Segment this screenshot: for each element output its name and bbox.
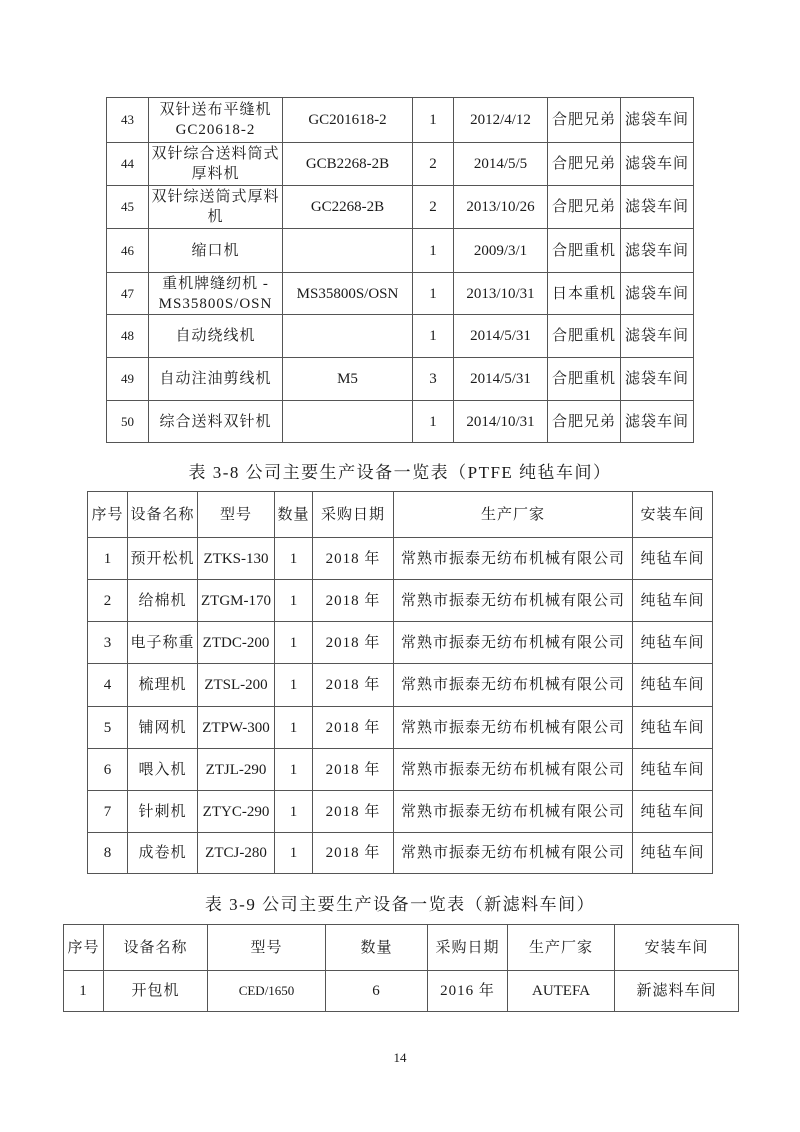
cell-no: 1 (88, 538, 128, 580)
cell-model: GC201618-2 (283, 98, 413, 143)
cell-model: ZTYC-290 (198, 791, 275, 833)
table-row: 1 开包机 CED/1650 6 2016 年 AUTEFA 新滤料车间 (64, 971, 739, 1012)
table-header-row: 序号 设备名称 型号 数量 数量 采购日期 生产厂家 安装车间 (64, 925, 739, 971)
cell-qty: 1 (275, 791, 313, 833)
cell-workshop: 纯毡车间 (633, 833, 713, 874)
header-name: 设备名称 (128, 492, 198, 538)
cell-name: 综合送料双针机 (149, 401, 283, 443)
cell-qty: 1 (275, 707, 313, 749)
equipment-table-3-7-continued: 43双针送布平缝机 GC20618-2GC201618-212012/4/12合… (106, 97, 694, 443)
cell-name: 双针综送筒式厚料机 (149, 186, 283, 229)
cell-maker: 合肥兄弟 (548, 143, 621, 186)
cell-workshop: 纯毡车间 (633, 707, 713, 749)
cell-name: 电子称重 (128, 622, 198, 664)
cell-date: 2012/4/12 (454, 98, 548, 143)
cell-name: 梳理机 (128, 664, 198, 707)
cell-maker: 合肥兄弟 (548, 401, 621, 443)
table-row: 47重机牌缝纫机 -MS35800S/OSNMS35800S/OSN12013/… (107, 273, 694, 315)
cell-name: 重机牌缝纫机 -MS35800S/OSN (149, 273, 283, 315)
cell-maker: 日本重机 (548, 273, 621, 315)
cell-model: ZTDC-200 (198, 622, 275, 664)
cell-no: 47 (107, 273, 149, 315)
header-workshop: 安装车间 (615, 925, 739, 971)
table-row: 6喂入机ZTJL-29012018 年常熟市振泰无纺布机械有限公司纯毡车间 (88, 749, 713, 791)
cell-maker: 合肥兄弟 (548, 98, 621, 143)
cell-qty: 1 (413, 401, 454, 443)
cell-maker: 常熟市振泰无纺布机械有限公司 (394, 580, 633, 622)
header-maker: 生产厂家 (508, 925, 615, 971)
page-number: 14 (0, 1050, 800, 1066)
cell-maker: 合肥重机 (548, 358, 621, 401)
header-name: 设备名称 (104, 925, 208, 971)
cell-name: 双针综合送料筒式厚料机 (149, 143, 283, 186)
cell-name: 开包机 (104, 971, 208, 1012)
table-row: 2给棉机ZTGM-17012018 年常熟市振泰无纺布机械有限公司纯毡车间 (88, 580, 713, 622)
header-model: 型号 (198, 492, 275, 538)
cell-qty: 1 (275, 538, 313, 580)
cell-qty: 1 (275, 749, 313, 791)
header-no: 序号 (64, 925, 104, 971)
cell-date: 2018 年 (313, 622, 394, 664)
cell-workshop: 滤袋车间 (621, 186, 694, 229)
cell-qty: 2 (413, 143, 454, 186)
cell-date: 2018 年 (313, 791, 394, 833)
table-row: 3电子称重ZTDC-20012018 年常熟市振泰无纺布机械有限公司纯毡车间 (88, 622, 713, 664)
cell-qty: 2 (413, 186, 454, 229)
cell-no: 7 (88, 791, 128, 833)
table-row: 7针刺机ZTYC-29012018 年常熟市振泰无纺布机械有限公司纯毡车间 (88, 791, 713, 833)
cell-workshop: 纯毡车间 (633, 749, 713, 791)
equipment-table-3-9: 序号 设备名称 型号 数量 数量 采购日期 生产厂家 安装车间 1 开包机 CE… (63, 924, 739, 1012)
cell-workshop: 滤袋车间 (621, 401, 694, 443)
cell-model (283, 229, 413, 273)
table-3-9-caption: 表 3-9 公司主要生产设备一览表（新滤料车间） (0, 890, 800, 915)
cell-model: ZTGM-170 (198, 580, 275, 622)
header-model: 型号 (208, 925, 326, 971)
header-no: 序号 (88, 492, 128, 538)
cell-name: 铺网机 (128, 707, 198, 749)
cell-date: 2014/5/31 (454, 358, 548, 401)
cell-no: 5 (88, 707, 128, 749)
cell-date: 2014/10/31 (454, 401, 548, 443)
table-row: 1预开松机ZTKS-13012018 年常熟市振泰无纺布机械有限公司纯毡车间 (88, 538, 713, 580)
table-row: 49自动注油剪线机M532014/5/31合肥重机滤袋车间 (107, 358, 694, 401)
cell-model: ZTPW-300 (198, 707, 275, 749)
cell-qty: 1 (275, 622, 313, 664)
header-workshop: 安装车间 (633, 492, 713, 538)
cell-date: 2018 年 (313, 664, 394, 707)
table-row: 50综合送料双针机12014/10/31合肥兄弟滤袋车间 (107, 401, 694, 443)
cell-model: ZTSL-200 (198, 664, 275, 707)
header-date: 采购日期 (428, 925, 508, 971)
cell-qty: 1 (275, 833, 313, 874)
cell-model: GCB2268-2B (283, 143, 413, 186)
header-qty-visible: 数量 (326, 925, 428, 971)
cell-model: M5 (283, 358, 413, 401)
cell-maker: 常熟市振泰无纺布机械有限公司 (394, 664, 633, 707)
cell-no: 46 (107, 229, 149, 273)
cell-qty: 1 (275, 580, 313, 622)
table-row: 44双针综合送料筒式厚料机GCB2268-2B22014/5/5合肥兄弟滤袋车间 (107, 143, 694, 186)
cell-date: 2013/10/26 (454, 186, 548, 229)
cell-workshop: 滤袋车间 (621, 98, 694, 143)
cell-no: 3 (88, 622, 128, 664)
cell-qty: 1 (413, 98, 454, 143)
cell-qty: 1 (413, 315, 454, 358)
cell-qty: 1 (413, 273, 454, 315)
cell-no: 49 (107, 358, 149, 401)
cell-maker: 常熟市振泰无纺布机械有限公司 (394, 622, 633, 664)
cell-maker: 常熟市振泰无纺布机械有限公司 (394, 707, 633, 749)
cell-maker: 合肥兄弟 (548, 186, 621, 229)
table-row: 4梳理机ZTSL-20012018 年常熟市振泰无纺布机械有限公司纯毡车间 (88, 664, 713, 707)
cell-no: 48 (107, 315, 149, 358)
cell-workshop: 滤袋车间 (621, 358, 694, 401)
cell-workshop: 滤袋车间 (621, 143, 694, 186)
cell-workshop: 纯毡车间 (633, 580, 713, 622)
cell-workshop: 滤袋车间 (621, 229, 694, 273)
cell-model (283, 401, 413, 443)
cell-workshop: 纯毡车间 (633, 664, 713, 707)
header-qty: 数量 (275, 492, 313, 538)
cell-model: MS35800S/OSN (283, 273, 413, 315)
table-row: 43双针送布平缝机 GC20618-2GC201618-212012/4/12合… (107, 98, 694, 143)
cell-no: 44 (107, 143, 149, 186)
cell-no: 6 (88, 749, 128, 791)
cell-name: 双针送布平缝机 GC20618-2 (149, 98, 283, 143)
cell-no: 4 (88, 664, 128, 707)
header-maker: 生产厂家 (394, 492, 633, 538)
table-row: 46缩口机12009/3/1合肥重机滤袋车间 (107, 229, 694, 273)
header-date: 采购日期 (313, 492, 394, 538)
cell-no: 1 (64, 971, 104, 1012)
cell-date: 2009/3/1 (454, 229, 548, 273)
cell-workshop: 纯毡车间 (633, 791, 713, 833)
cell-workshop: 新滤料车间 (615, 971, 739, 1012)
cell-name: 预开松机 (128, 538, 198, 580)
cell-workshop: 滤袋车间 (621, 273, 694, 315)
cell-workshop: 纯毡车间 (633, 622, 713, 664)
cell-name: 缩口机 (149, 229, 283, 273)
cell-maker: 合肥重机 (548, 315, 621, 358)
cell-date: 2013/10/31 (454, 273, 548, 315)
cell-no: 50 (107, 401, 149, 443)
cell-model: CED/1650 (208, 971, 326, 1012)
table-row: 8成卷机ZTCJ-28012018 年常熟市振泰无纺布机械有限公司纯毡车间 (88, 833, 713, 874)
cell-maker: 常熟市振泰无纺布机械有限公司 (394, 749, 633, 791)
cell-maker: 常熟市振泰无纺布机械有限公司 (394, 833, 633, 874)
cell-qty: 6 (326, 971, 428, 1012)
cell-date: 2014/5/5 (454, 143, 548, 186)
table-row: 48自动绕线机12014/5/31合肥重机滤袋车间 (107, 315, 694, 358)
table-row: 45双针综送筒式厚料机GC2268-2B22013/10/26合肥兄弟滤袋车间 (107, 186, 694, 229)
cell-name: 自动注油剪线机 (149, 358, 283, 401)
cell-no: 43 (107, 98, 149, 143)
table-header-row: 序号 设备名称 型号 数量 采购日期 生产厂家 安装车间 (88, 492, 713, 538)
cell-maker: 常熟市振泰无纺布机械有限公司 (394, 538, 633, 580)
cell-no: 2 (88, 580, 128, 622)
cell-name: 成卷机 (128, 833, 198, 874)
cell-workshop: 滤袋车间 (621, 315, 694, 358)
cell-maker: 合肥重机 (548, 229, 621, 273)
cell-no: 8 (88, 833, 128, 874)
cell-model: GC2268-2B (283, 186, 413, 229)
table-row: 5铺网机ZTPW-30012018 年常熟市振泰无纺布机械有限公司纯毡车间 (88, 707, 713, 749)
equipment-table-3-8: 序号 设备名称 型号 数量 采购日期 生产厂家 安装车间 1预开松机ZTKS-1… (87, 491, 713, 874)
cell-model: ZTCJ-280 (198, 833, 275, 874)
cell-model: ZTJL-290 (198, 749, 275, 791)
cell-qty: 1 (275, 664, 313, 707)
cell-name: 喂入机 (128, 749, 198, 791)
cell-date: 2016 年 (428, 971, 508, 1012)
cell-qty: 3 (413, 358, 454, 401)
cell-model (283, 315, 413, 358)
cell-qty: 1 (413, 229, 454, 273)
cell-date: 2018 年 (313, 749, 394, 791)
cell-no: 45 (107, 186, 149, 229)
cell-name: 针刺机 (128, 791, 198, 833)
cell-maker: 常熟市振泰无纺布机械有限公司 (394, 791, 633, 833)
cell-date: 2018 年 (313, 580, 394, 622)
cell-workshop: 纯毡车间 (633, 538, 713, 580)
cell-date: 2018 年 (313, 833, 394, 874)
table-3-8-caption: 表 3-8 公司主要生产设备一览表（PTFE 纯毡车间） (0, 458, 800, 483)
cell-date: 2018 年 (313, 538, 394, 580)
cell-name: 给棉机 (128, 580, 198, 622)
cell-date: 2014/5/31 (454, 315, 548, 358)
cell-name: 自动绕线机 (149, 315, 283, 358)
cell-maker: AUTEFA (508, 971, 615, 1012)
cell-date: 2018 年 (313, 707, 394, 749)
cell-model: ZTKS-130 (198, 538, 275, 580)
